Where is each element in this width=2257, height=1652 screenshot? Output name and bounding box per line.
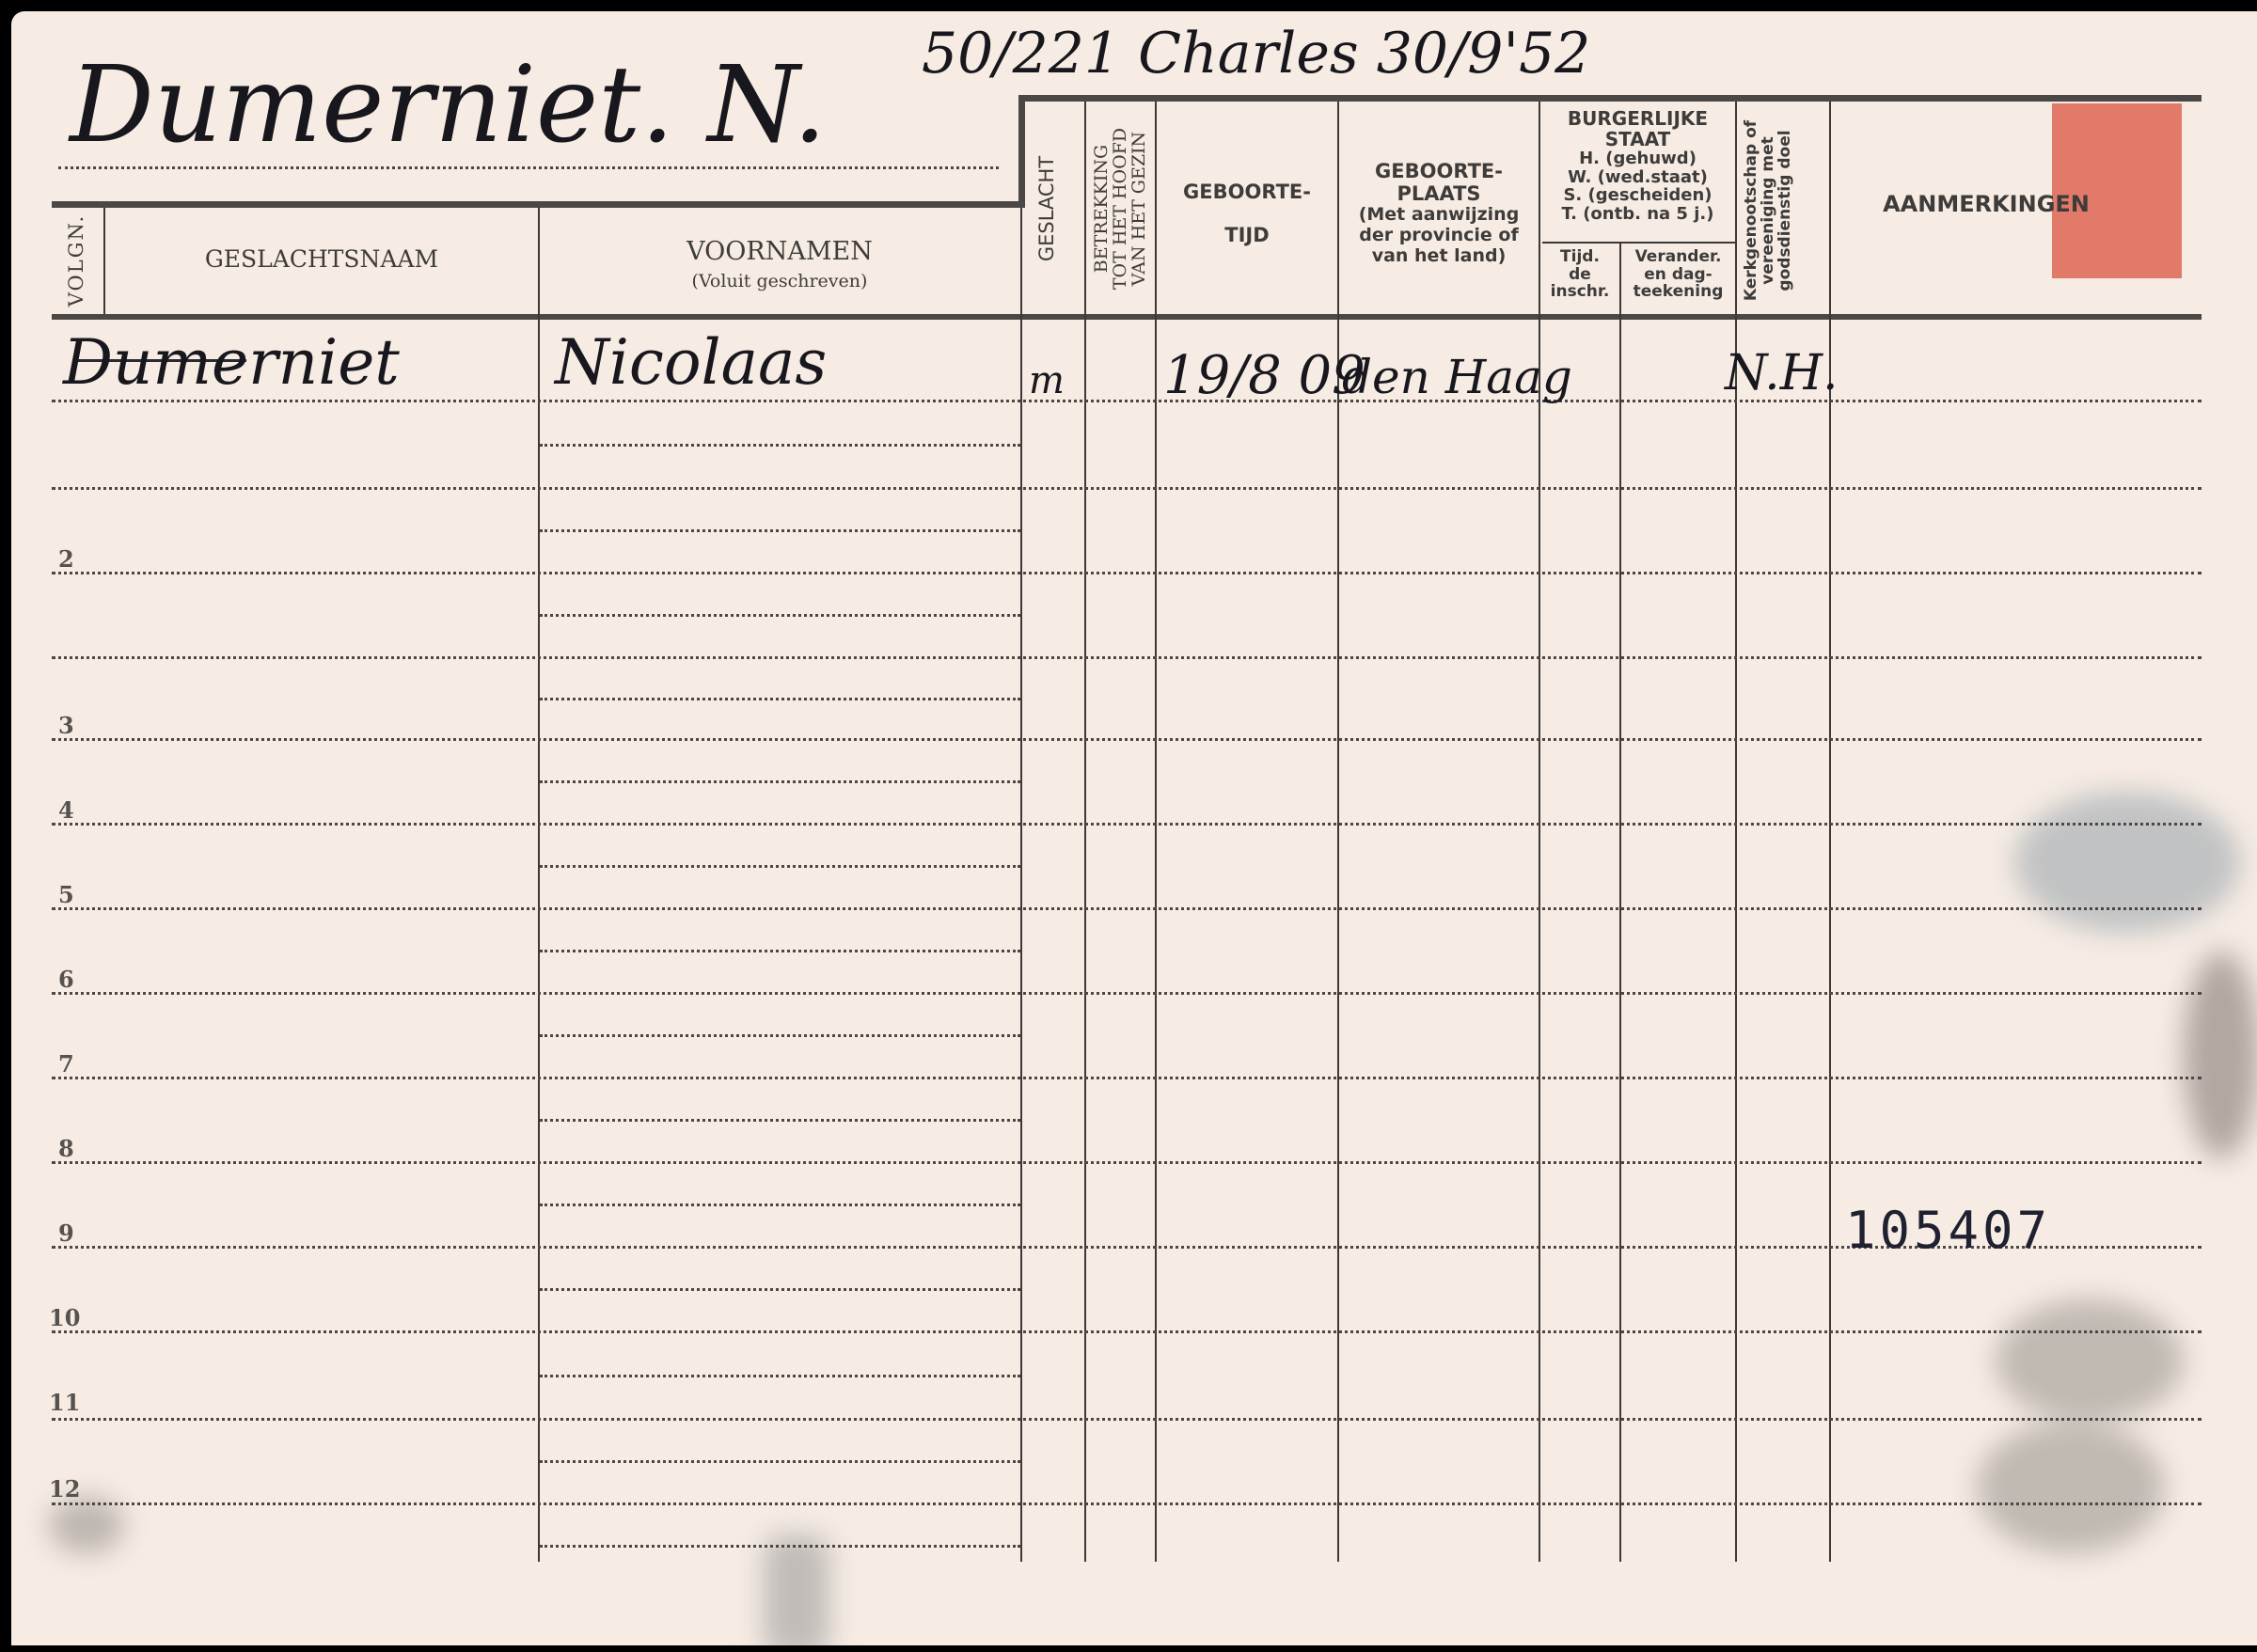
row-line: [52, 487, 2202, 490]
sub-line: [540, 1545, 1020, 1548]
stamped-number: 105407: [1845, 1201, 2051, 1260]
row-number: 3: [58, 712, 74, 739]
stain: [49, 1497, 124, 1553]
row-number: 12: [49, 1475, 80, 1503]
row-line: [52, 400, 2202, 402]
sub-line: [540, 698, 1020, 700]
header-step-vertical: [1018, 95, 1025, 208]
handwritten-title: Dumerniet. N.: [70, 44, 827, 166]
row-number: 9: [58, 1219, 74, 1247]
column-divider: [1619, 243, 1621, 1562]
column-divider: [1337, 102, 1339, 1562]
sub-line: [540, 614, 1020, 617]
row-number: 8: [58, 1135, 74, 1162]
header-kerk-2: vereeniging met: [1760, 107, 1777, 314]
header-geboorteplaats-5: van het land): [1339, 246, 1539, 267]
column-divider: [1539, 102, 1540, 1562]
header-geboorteplaats-4: der provincie of: [1339, 226, 1539, 246]
burgerlijke-subdivider: [1542, 242, 1735, 244]
column-divider: [1155, 102, 1157, 1562]
row-line: [52, 656, 2202, 659]
row-line: [52, 738, 2202, 741]
header-bottom-border: [52, 314, 2202, 320]
column-divider: [1735, 102, 1737, 1562]
header-betrekking-1: BETREKKING: [1093, 105, 1112, 312]
header-verander: Verander. en dag- teekening: [1621, 248, 1735, 301]
header-geboortetijd-1: GEBOORTE-: [1157, 181, 1337, 203]
column-divider: [1020, 208, 1022, 1562]
sub-line: [540, 1119, 1020, 1122]
row-line: [52, 907, 2202, 910]
header-burgerlijke-1: BURGERLIJKE: [1540, 109, 1735, 130]
sub-line: [540, 1034, 1020, 1037]
header-verander-3: teekening: [1621, 283, 1735, 301]
row-line: [52, 992, 2202, 995]
sub-line: [540, 1288, 1020, 1291]
header-geslacht: GESLACHT: [1036, 134, 1057, 284]
cell-geslacht: m: [1029, 359, 1065, 402]
header-tijd-1: Tijd.: [1540, 248, 1619, 266]
header-burgerlijke-staat: BURGERLIJKE STAAT H. (gehuwd) W. (wed.st…: [1540, 109, 1735, 223]
column-divider: [538, 208, 540, 1562]
stain: [2184, 952, 2257, 1158]
column-divider: [1084, 102, 1086, 1562]
stain: [1977, 1422, 2165, 1553]
header-geboorteplaats-3: (Met aanwijzing: [1339, 205, 1539, 226]
header-voornamen-title: VOORNAMEN: [540, 237, 1019, 266]
header-geboortetijd-2: TIJD: [1157, 224, 1337, 246]
header-burgerlijke-3: H. (gehuwd): [1540, 149, 1735, 167]
sub-line: [540, 444, 1020, 447]
sub-line: [540, 1375, 1020, 1377]
sub-line: [540, 529, 1020, 532]
row-number: 5: [58, 881, 74, 908]
cell-kerkgenootschap: N.H.: [1725, 345, 1839, 401]
header-tijd-3: inschr.: [1540, 283, 1619, 301]
cell-geboortetijd: 19/8 09: [1163, 345, 1365, 406]
header-voornamen-sub: (Voluit geschreven): [540, 272, 1019, 292]
stain: [2014, 792, 2240, 933]
row-number: 4: [58, 796, 74, 824]
row-line: [52, 572, 2202, 574]
row-number: 2: [58, 545, 74, 573]
stain: [764, 1534, 829, 1645]
sub-line: [540, 950, 1020, 952]
row-number: 10: [49, 1304, 80, 1331]
sub-line: [540, 1204, 1020, 1206]
row-number: 11: [49, 1389, 80, 1416]
row-number: 7: [58, 1050, 74, 1078]
row-line: [52, 1077, 2202, 1079]
header-tijd-2: de: [1540, 266, 1619, 284]
header-volgn: VOLGN.: [66, 209, 87, 312]
stain: [1996, 1299, 2184, 1422]
header-geslachtsnaam: GESLACHTSNAAM: [105, 246, 538, 274]
row-line: [52, 823, 2202, 826]
row-line: [52, 1503, 2202, 1505]
top-annotation: 50/221 Charles 30/9'52: [922, 21, 1590, 87]
header-tijd-inschr: Tijd. de inschr.: [1540, 248, 1619, 301]
header-verander-1: Verander.: [1621, 248, 1735, 266]
header-betrekking: BETREKKING TOT HET HOOFD VAN HET GEZIN: [1093, 105, 1149, 312]
header-burgerlijke-6: T. (ontb. na 5 j.): [1540, 205, 1735, 223]
header-geboorteplaats-2: PLAATS: [1339, 182, 1539, 205]
row-number: 6: [58, 966, 74, 993]
row-line: [52, 1330, 2202, 1333]
cell-voornamen: Nicolaas: [555, 326, 827, 399]
header-voornamen: VOORNAMEN (Voluit geschreven): [540, 237, 1019, 292]
header-kerk-3: godsdienstig doel: [1777, 107, 1794, 314]
header-kerkgenootschap: Kerkgenootschap of vereeniging met godsd…: [1744, 107, 1794, 314]
header-betrekking-2: TOT HET HOOFD: [1112, 105, 1130, 312]
sub-line: [540, 1460, 1020, 1463]
registration-card: Dumerniet. N. 50/221 Charles 30/9'52 VOL…: [11, 11, 2257, 1645]
row-line: [52, 1161, 2202, 1164]
header-verander-2: en dag-: [1621, 266, 1735, 284]
header-geboorteplaats-1: GEBOORTE-: [1339, 160, 1539, 182]
header-burgerlijke-2: STAAT: [1540, 130, 1735, 150]
cell-geboorteplaats: den Haag: [1342, 350, 1572, 404]
sub-line: [540, 780, 1020, 783]
header-top-border: [1018, 95, 2202, 102]
row-line: [52, 1418, 2202, 1421]
header-step-horizontal: [52, 201, 1025, 208]
header-betrekking-3: VAN HET GEZIN: [1130, 105, 1149, 312]
header-burgerlijke-5: S. (gescheiden): [1540, 186, 1735, 204]
header-aanmerkingen: AANMERKINGEN: [1831, 192, 2141, 218]
title-dotted-line: [58, 166, 999, 169]
header-geboorteplaats: GEBOORTE- PLAATS (Met aanwijzing der pro…: [1339, 160, 1539, 267]
column-divider: [1829, 102, 1831, 1562]
cell-geslachtsnaam: Dumerniet: [63, 326, 400, 399]
sub-line: [540, 865, 1020, 868]
header-burgerlijke-4: W. (wed.staat): [1540, 168, 1735, 186]
header-geboortetijd: GEBOORTE- TIJD: [1157, 181, 1337, 246]
